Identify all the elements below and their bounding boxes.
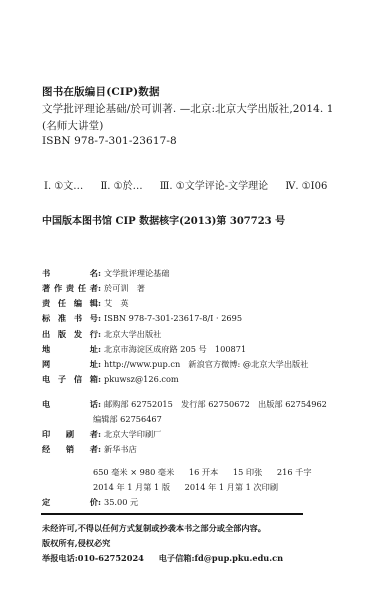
colophon-row: 标准书号:ISBN 978-7-301-23617-8/I · 2695 — [42, 313, 242, 324]
colophon-row: 印刷者:北京大学印刷厂 — [42, 429, 161, 440]
colophon-label: 地址 — [42, 344, 98, 355]
colophon-row: 著作责任者:於可训 著 — [42, 283, 145, 294]
colophon-row: 电子信箱:pkuwsz@126.com — [42, 374, 179, 385]
colophon-row: 地址:北京市海淀区成府路 205 号 100871 — [42, 344, 246, 355]
colophon-value: 北京市海淀区成府路 205 号 100871 — [103, 344, 246, 355]
cip-heading: 图书在版编目(CIP)数据 — [42, 84, 160, 99]
colophon-label: 著作责任者 — [42, 283, 98, 294]
class-3: Ⅲ. ①文学评论-文学理论 — [160, 181, 268, 192]
colophon-row: 出版发行:北京大学出版社 — [42, 329, 161, 340]
colophon-value: 文学批评理论基础 — [103, 268, 170, 279]
colophon-row: 书名:文学批评理论基础 — [42, 268, 170, 279]
colophon-label: 网址 — [42, 359, 98, 370]
colophon-label: 印刷者 — [42, 429, 98, 440]
report-phone: 举报电话:010-62752024 — [42, 553, 144, 563]
colophon-value: 於可训 著 — [103, 283, 145, 294]
rights-reserved: 版权所有,侵权必究 — [42, 538, 110, 549]
colophon-value: ISBN 978-7-301-23617-8/I · 2695 — [103, 313, 242, 324]
colophon-label: 电子信箱 — [42, 374, 98, 385]
report-email: 电子信箱:fd@pup.pku.edu.cn — [159, 553, 283, 563]
colophon-value: 邮购部 62752015 发行部 62750672 出版部 62754962 — [103, 399, 327, 410]
cip-library-record: 中国版本图书馆 CIP 数据核字(2013)第 307723 号 — [42, 212, 285, 227]
report-contact: 举报电话:010-62752024 电子信箱:fd@pup.pku.edu.cn — [42, 553, 295, 564]
colophon-row: 网址:http://www.pup.cn 新浪官方微博: @北京大学出版社 — [42, 359, 308, 370]
colophon-value: 35.00 元 — [103, 497, 138, 508]
colophon-value: 艾 英 — [103, 298, 129, 309]
edition-line: 2014 年 1 月第 1 版 2014 年 1 月第 1 次印刷 — [93, 482, 290, 493]
colophon-value: 新华书店 — [103, 444, 137, 455]
cip-title-line: 文学批评理论基础/於可训著. —北京:北京大学出版社,2014. 1 — [42, 101, 334, 116]
colophon-label: 定价 — [42, 497, 98, 508]
cip-isbn-line: ISBN 978-7-301-23617-8 — [42, 135, 177, 147]
colophon-row: 经销者:新华书店 — [42, 444, 137, 455]
cip-series-line: (名师大讲堂) — [42, 118, 103, 133]
colophon-row: 电话:邮购部 62752015 发行部 62750672 出版部 6275496… — [42, 399, 327, 410]
class-4: Ⅳ. ①I06 — [285, 181, 327, 192]
colophon-label: 经销者 — [42, 444, 98, 455]
colophon-row: 责任编辑:艾 英 — [42, 298, 129, 309]
class-2: Ⅱ. ①於… — [100, 181, 142, 192]
divider-rule — [41, 513, 303, 515]
spec-line: 650 毫米 × 980 毫米 16 开本 15 印张 216 千字 — [93, 467, 324, 478]
colophon-value: 北京大学出版社 — [103, 329, 161, 340]
phone-continuation: 编辑部 62756467 — [93, 414, 162, 425]
colophon-value: pkuwsz@126.com — [103, 374, 179, 385]
colophon-value: 北京大学印刷厂 — [103, 429, 161, 440]
copyright-notice: 未经许可,不得以任何方式复制或抄袭本书之部分或全部内容。 — [42, 523, 266, 534]
class-1: Ⅰ. ①文… — [44, 181, 83, 192]
colophon-label: 书名 — [42, 268, 98, 279]
cip-classification: Ⅰ. ①文… Ⅱ. ①於… Ⅲ. ①文学评论-文学理论 Ⅳ. ①I06 — [44, 177, 341, 192]
colophon-label: 出版发行 — [42, 329, 98, 340]
colophon-value: http://www.pup.cn 新浪官方微博: @北京大学出版社 — [103, 359, 308, 370]
colophon-row: 定价:35.00 元 — [42, 497, 138, 508]
colophon-label: 电话 — [42, 399, 98, 410]
colophon-label: 标准书号 — [42, 313, 98, 324]
colophon-label: 责任编辑 — [42, 298, 98, 309]
